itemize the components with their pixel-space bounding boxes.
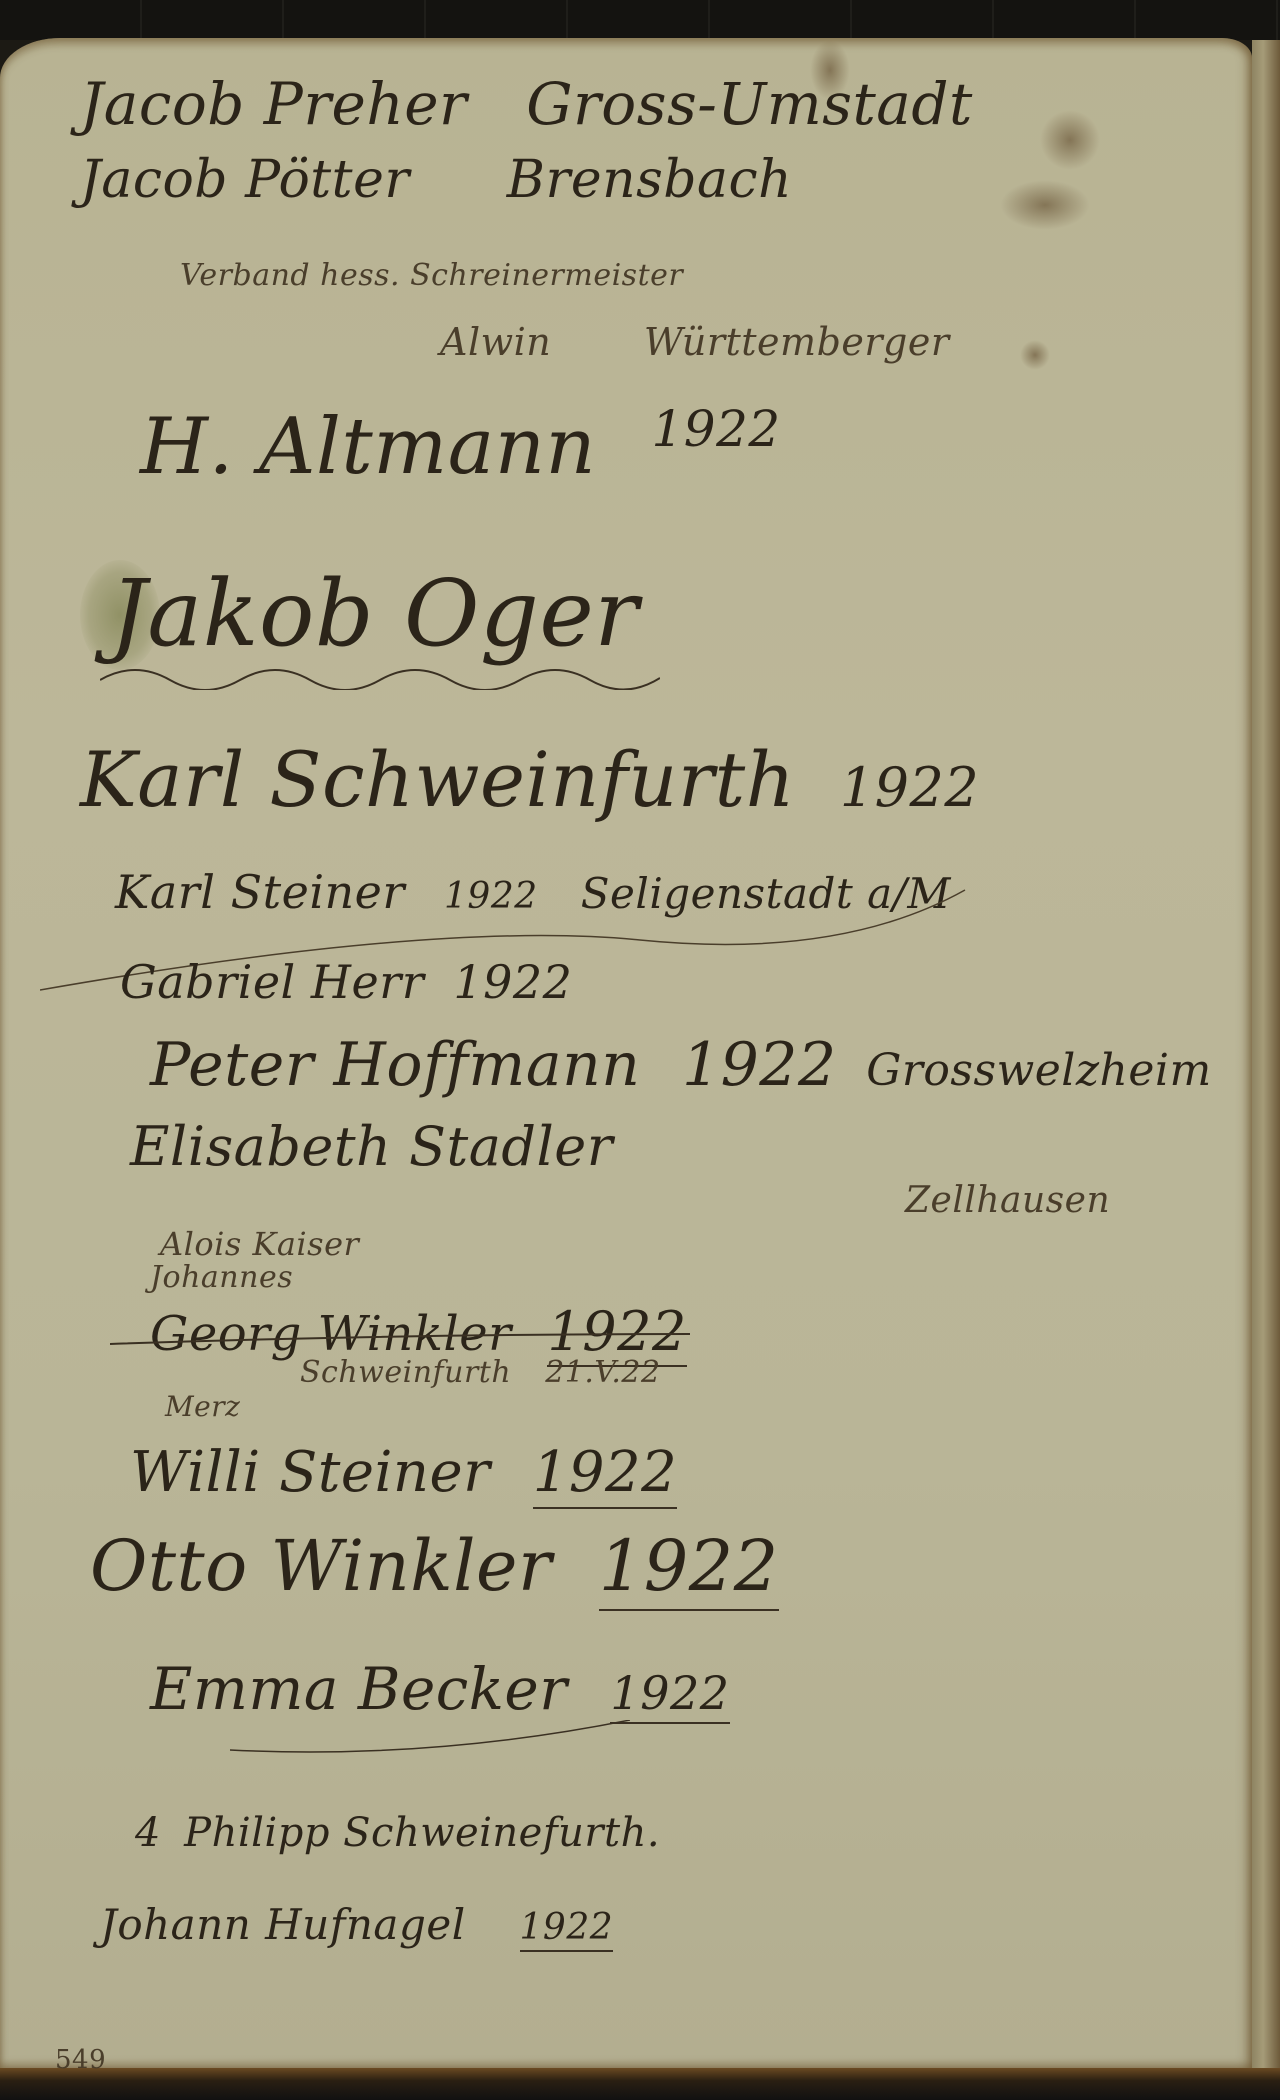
entry-name: Elisabeth Stadler [130,1115,613,1178]
entry-alois-kaiser: Alois Kaiser [160,1225,359,1263]
entry-elisabeth-stadler: Elisabeth Stadler [130,1115,613,1178]
entry-year: 1922 [682,1030,837,1100]
entry-name: Emma Becker [150,1655,567,1723]
ink-smudge [1040,110,1100,170]
entry-year: 1922 [651,400,780,458]
entry-name: Merz [165,1390,240,1423]
entry-place: Gross-Umstadt [526,70,973,138]
entry-year: 1922 [599,1525,779,1611]
entry-johannes: Johannes [150,1260,293,1295]
entry-name-line: Alois Kaiser [160,1225,359,1263]
entry-name: Alwin [440,320,551,364]
entry-h-altmann: H. Altmann 1922 [140,400,781,492]
entry-name: Karl Schweinfurth [80,735,795,824]
entry-johann-hufnagel: Johann Hufnagel 1922 [100,1900,613,1949]
entry-name: Jakob Oger [110,560,639,667]
entry-name: Otto Winkler [90,1525,552,1607]
entry-merz: Merz [165,1390,240,1423]
ink-smudge [1000,180,1090,230]
entry-emma-becker: Emma Becker 1922 [150,1655,730,1723]
entry-year: 1922 [520,1907,614,1952]
entry-place: Brensbach [507,150,792,210]
entry-prefix: 4 [135,1810,161,1856]
entry-name: Philipp Schweinefurth. [184,1810,660,1856]
entry-jacob-potter: Jacob Pötter Brensbach [80,150,792,210]
entry-name: Peter Hoffmann [150,1030,640,1100]
entry-name: Jacob Preher [80,70,467,138]
entry-name: Johann Hufnagel [100,1900,466,1949]
entry-note: Verband hess. Schreinermeister [180,258,683,293]
entry-zellhausen: Zellhausen [905,1180,1110,1221]
entry-alwin: Alwin Württemberger [440,320,950,364]
ink-smudge [1020,340,1050,370]
entry-place: Württemberger [644,320,950,364]
book-page-edges [1252,40,1280,2070]
entry-karl-schweinfurth: Karl Schweinfurth 1922 [80,735,979,824]
book-top-edge [0,0,1280,40]
entry-name: Schweinfurth [300,1355,511,1390]
entry-year: 1922 [840,756,979,819]
page-number: 549 [55,2045,106,2075]
book-bottom-edge [0,2068,1280,2100]
entry-name: H. Altmann [140,402,596,492]
entry-year: 1922 [533,1440,678,1509]
entry-place: Grosswelzheim [866,1045,1211,1096]
entry-gabriel-herr: Gabriel Herr 1922 [120,955,572,1009]
entry-date: 21.V.22 [545,1355,660,1390]
entry-name: Gabriel Herr [120,955,424,1009]
entry-jakob-oger: Jakob Oger [110,560,639,667]
decorative-wavy-underline [100,660,660,690]
entry-jacob-preher: Jacob Preher Gross-Umstadt [80,70,973,138]
entry-name: Jacob Pötter [80,150,410,210]
entry-year: 1922 [610,1666,729,1724]
entry-philipp-schweinefurth: 4 Philipp Schweinefurth. [135,1810,660,1856]
entry-otto-winkler: Otto Winkler 1922 [90,1525,779,1607]
entry-place: Zellhausen [905,1180,1110,1221]
entry-name: Willi Steiner [130,1440,490,1505]
entry-association-note: Verband hess. Schreinermeister [180,258,683,293]
entry-year: 1922 [453,955,572,1009]
entry-peter-hoffmann: Peter Hoffmann 1922 Grosswelzheim [150,1030,1212,1100]
strike-underline [110,1330,690,1350]
entry-willi-steiner: Willi Steiner 1922 [130,1440,677,1505]
entry-name-line: Johannes [150,1260,293,1295]
decorative-flourish-line [230,1720,630,1760]
entry-schweinfurth-date: Schweinfurth 21.V.22 [300,1355,661,1390]
